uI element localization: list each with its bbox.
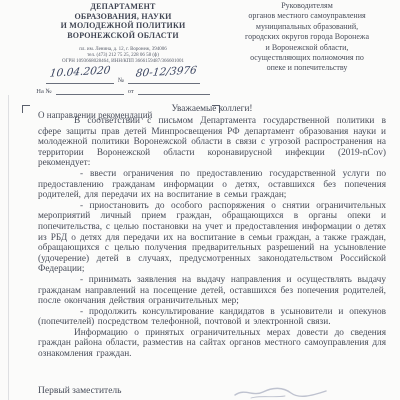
scanned-letter-page: ДЕПАРТАМЕНТ ОБРАЗОВАНИЯ, НАУКИ И МОЛОДЕЖ… [0,0,400,400]
addressee-line: опеке и попечительству [216,63,398,73]
number-sign: № [118,77,124,84]
org-name-line: ДЕПАРТАМЕНТ [28,2,218,12]
addressee-line: и Воронежской области, [216,43,398,53]
ref-prefix-label: На № [36,88,51,95]
signature-stroke [233,382,328,400]
body-paragraph-bullet: - принимать заявления на выдачу направле… [38,275,386,307]
addressee-line: органов местного самоуправления [216,11,398,21]
reference-row: На № от [28,86,218,95]
ref-number-underline [56,86,124,95]
org-name-line: И МОЛОДЕЖНОЙ ПОЛИТИКИ [28,21,218,31]
addressee-block: Руководителям органов местного самоуправ… [216,1,398,74]
scan-artifact-line [8,95,9,400]
letterhead-contacts: пл. им. Ленина, д. 12, г. Воронеж, 39400… [28,47,218,65]
body-paragraph-bullet: - ввести ограничения по предоставлению г… [38,169,386,201]
org-name-line: ВОРОНЕЖСКОЙ ОБЛАСТИ [28,31,218,41]
org-name-line: ОБРАЗОВАНИЯ, НАУКИ [28,12,218,22]
ref-from-label: от [128,88,134,95]
date-number-row: № 10.04.2020 80-12/3976 [28,69,218,84]
addressee-line: Руководителям [216,1,398,11]
addressee-line: осуществляющих полномочия по [216,53,398,63]
addressee-line: городских округов города Воронежа [216,32,398,42]
greeting-line: Уважаемые коллеги! [38,104,386,115]
body-paragraph: Информацию о принятых ограничительных ме… [38,328,386,360]
body-paragraph-bullet: - приостановить до особого распоряжения … [38,201,386,275]
body-paragraph: В соответствии с письмом Департамента го… [38,116,386,169]
letter-body: Уважаемые коллеги! В соответствии с пись… [38,104,386,360]
signature-title: Первый заместитель [38,386,121,396]
addressee-line: муниципальных образований, [216,22,398,32]
body-paragraph-bullet: - продолжить консультирование кандидатов… [38,307,386,328]
ref-date-underline [138,86,210,95]
